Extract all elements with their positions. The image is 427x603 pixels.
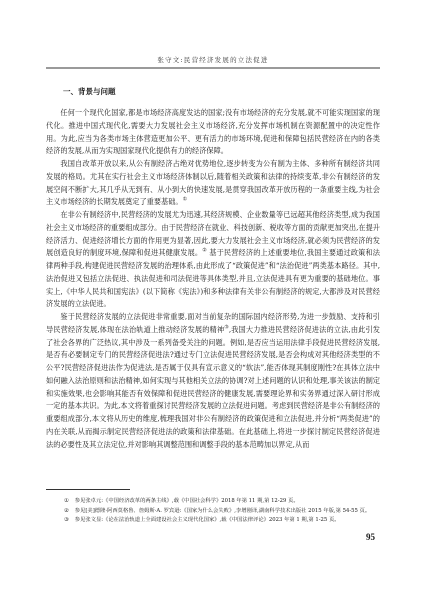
- section-title: 一、背景与问题: [63, 86, 116, 97]
- paragraph: 我国自改革开放以来,从公有制经济占绝对优势地位,逐步转变为公有制为主体、多种所有…: [46, 158, 380, 209]
- running-head: 张守文:民营经济发展的立法促进: [46, 55, 380, 64]
- footnote: ②参见[美]德隆·阿西莫格鲁、詹姆斯·A. 罗宾逊:《国家为什么会失败》,李增刚…: [46, 507, 380, 517]
- footnote-ref[interactable]: ①: [183, 197, 187, 203]
- footnote: ①参见张卓元:《中国经济改革的两条主线》,载《中国社会科学》2018 年第 11…: [46, 497, 380, 507]
- footnotes: ①参见张卓元:《中国经济改革的两条主线》,载《中国社会科学》2018 年第 11…: [46, 497, 380, 526]
- footnote: ③参见张文显:《论在法治轨道上全面建设社会主义现代化国家》,载《中国法律评论》2…: [46, 516, 380, 526]
- footnote-number: ③: [64, 517, 69, 523]
- paragraph: 在非公有制经济中,民营经济的发展尤为迅速,其经济规模、企业数量等已远超其他经济类…: [46, 209, 380, 311]
- paragraph: 任何一个现代化国家,都是市场经济高度发达的国家;没有市场经济的充分发展,就不可能…: [46, 107, 380, 158]
- paragraph: 鉴于民营经济发展的立法促进非常重要,面对当前复杂的国际国内经济形势,为进一步鼓励…: [46, 311, 380, 451]
- footnote-number: ②: [64, 508, 69, 514]
- body-text: 任何一个现代化国家,都是市场经济高度发达的国家;没有市场经济的充分发展,就不可能…: [46, 107, 380, 451]
- footnote-number: ①: [64, 498, 69, 504]
- page-number: 95: [366, 532, 375, 542]
- header-rule: [46, 67, 380, 69]
- footnote-rule: [46, 489, 130, 490]
